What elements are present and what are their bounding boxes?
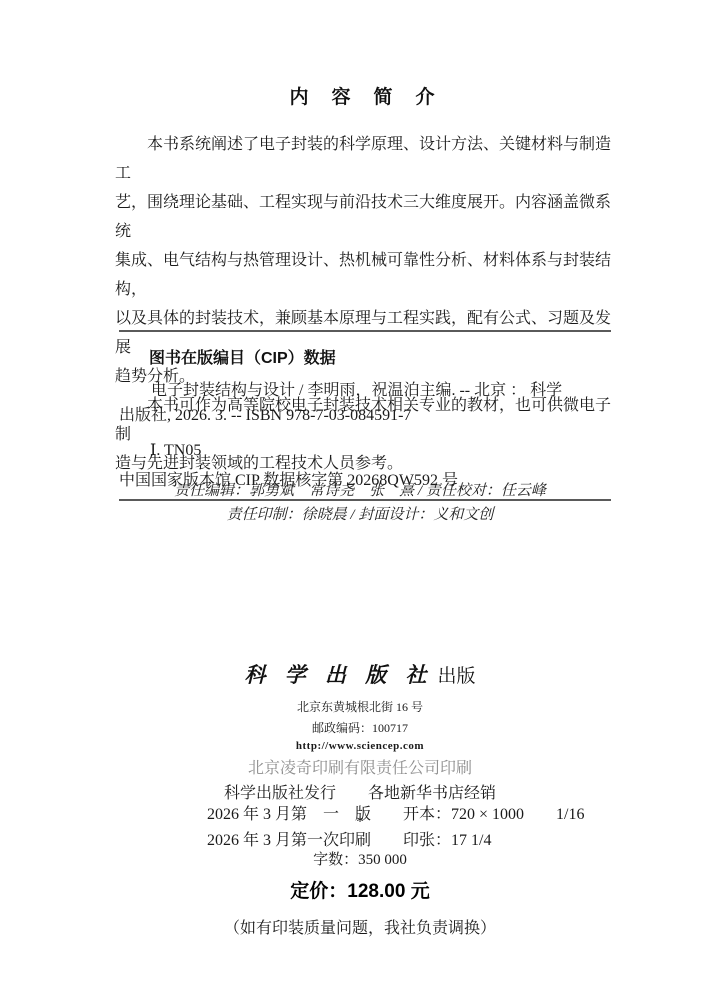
publisher-logo-line: 科 学 出 版 社 出版 — [0, 662, 720, 691]
distribution-line: 科学出版社发行 各地新华书店经销 — [0, 780, 720, 803]
horizontal-rule-top — [119, 330, 611, 332]
printer-name: 北京凌奇印刷有限责任公司印刷 — [0, 755, 720, 778]
cip-entry: 电子封装结构与设计 / 李明雨，祝温泊主编. -- 北京 ： 科学 出版社, 2… — [119, 378, 611, 428]
cip-heading: 图书在版编目（CIP）数据 — [149, 345, 611, 368]
cip-classification-code: Ⅰ. TN05 — [150, 440, 611, 460]
publisher-postcode: 邮政编码：100717 — [0, 719, 720, 736]
edition-info: 2026 年 3 月第 一 版 开本：720 × 1000 1/16 2026 … — [207, 802, 627, 854]
staff-credits: 责任编辑：郭勇斌 常诗尧 张 熹 / 责任校对：任云峰 责任印制：徐晓晨 / 封… — [0, 479, 720, 527]
publisher-website: http://www.sciencep.com — [0, 740, 720, 752]
staff-line-print-design: 责任印制：徐晓晨 / 封面设计：义和文创 — [0, 503, 720, 527]
publisher-logo-suffix: 出版 — [437, 666, 475, 687]
staff-line-editors: 责任编辑：郭勇斌 常诗尧 张 熹 / 责任校对：任云峰 — [0, 479, 720, 503]
section-title: 内 容 简 介 — [115, 82, 611, 109]
cip-data-section: 图书在版编目（CIP）数据 电子封装结构与设计 / 李明雨，祝温泊主编. -- … — [119, 330, 611, 501]
publisher-address: 北京东黄城根北街 16 号 — [0, 698, 720, 715]
price: 定价：128.00 元 — [0, 876, 720, 903]
copyright-page: 内 容 简 介 本书系统阐述了电子封装的科学原理、设计方法、关键材料与制造工 艺… — [0, 0, 720, 1000]
quality-notice: （如有印装质量问题，我社负责调换） — [0, 915, 720, 938]
publisher-logo-script: 科 学 出 版 社 — [244, 663, 433, 687]
price-section: 字数：350 000 定价：128.00 元 （如有印装质量问题，我社负责调换） — [0, 848, 720, 938]
word-count: 字数：350 000 — [0, 848, 720, 869]
edition-line-1: 2026 年 3 月第 一 版 开本：720 × 1000 1/16 — [207, 802, 627, 828]
